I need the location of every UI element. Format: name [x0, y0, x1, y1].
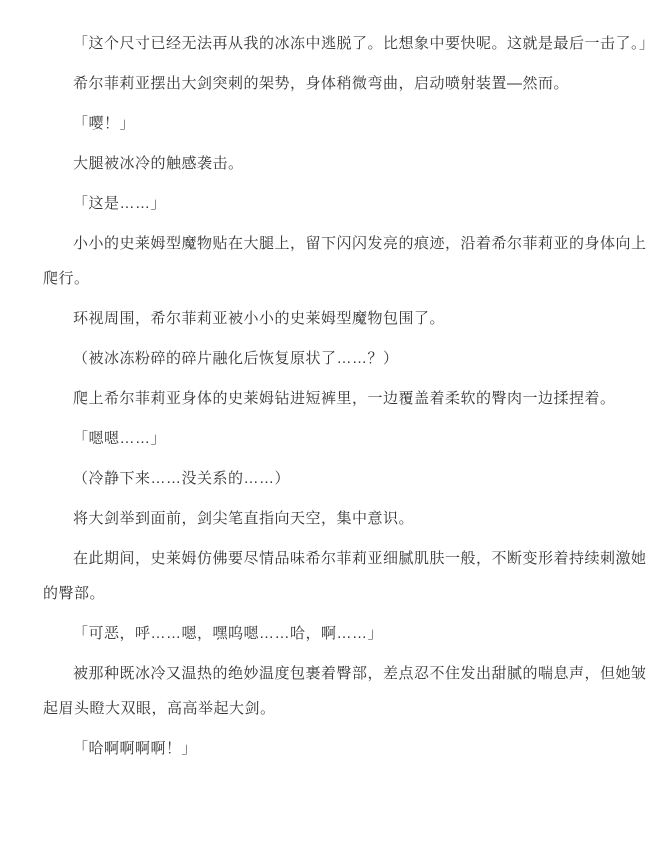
paragraph-dialogue: 「可恶，呼……嗯，嘿呜嗯……哈，啊……」: [43, 616, 630, 651]
paragraph-narration: 爬上希尔菲莉亚身体的史莱姆钻进短裤里，一边覆盖着柔软的臀肉一边揉捏着。: [43, 381, 630, 416]
paragraph-narration: 希尔菲莉亚摆出大剑突刺的架势，身体稍微弯曲，启动喷射装置—然而。: [43, 66, 630, 101]
paragraph-narration: 将大剑举到面前，剑尖笔直指向天空，集中意识。: [43, 501, 630, 536]
paragraph-narration: 小小的史莱姆型魔物贴在大腿上，留下闪闪发亮的痕迹，沿着希尔菲莉亚的身体向上 爬行…: [43, 226, 630, 296]
paragraph-narration: 大腿被冰冷的触感袭击。: [43, 146, 630, 181]
novel-text-page: 「这个尺寸已经无法再从我的冰冻中逃脱了。比想象中要快呢。这就是最后一击了。」 希…: [0, 0, 650, 850]
paragraph-inner-thought: （冷静下来……没关系的……）: [43, 461, 630, 496]
paragraph-inner-thought: （被冰冻粉碎的碎片融化后恢复原状了……？）: [43, 341, 630, 376]
paragraph-dialogue: 「哈啊啊啊啊！」: [43, 731, 630, 766]
paragraph-narration: 在此期间，史莱姆仿佛要尽情品味希尔菲莉亚细腻肌肤一般，不断变形着持续刺激她 的臀…: [43, 541, 630, 611]
paragraph-dialogue: 「嗯嗯……」: [43, 421, 630, 456]
paragraph-dialogue: 「这个尺寸已经无法再从我的冰冻中逃脱了。比想象中要快呢。这就是最后一击了。」: [43, 26, 630, 61]
paragraph-dialogue: 「嘤！」: [43, 106, 630, 141]
paragraph-narration: 环视周围，希尔菲莉亚被小小的史莱姆型魔物包围了。: [43, 301, 630, 336]
paragraph-dialogue: 「这是……」: [43, 186, 630, 221]
paragraph-narration: 被那种既冰冷又温热的绝妙温度包裹着臀部，差点忍不住发出甜腻的喘息声，但她皱 起眉…: [43, 656, 630, 726]
